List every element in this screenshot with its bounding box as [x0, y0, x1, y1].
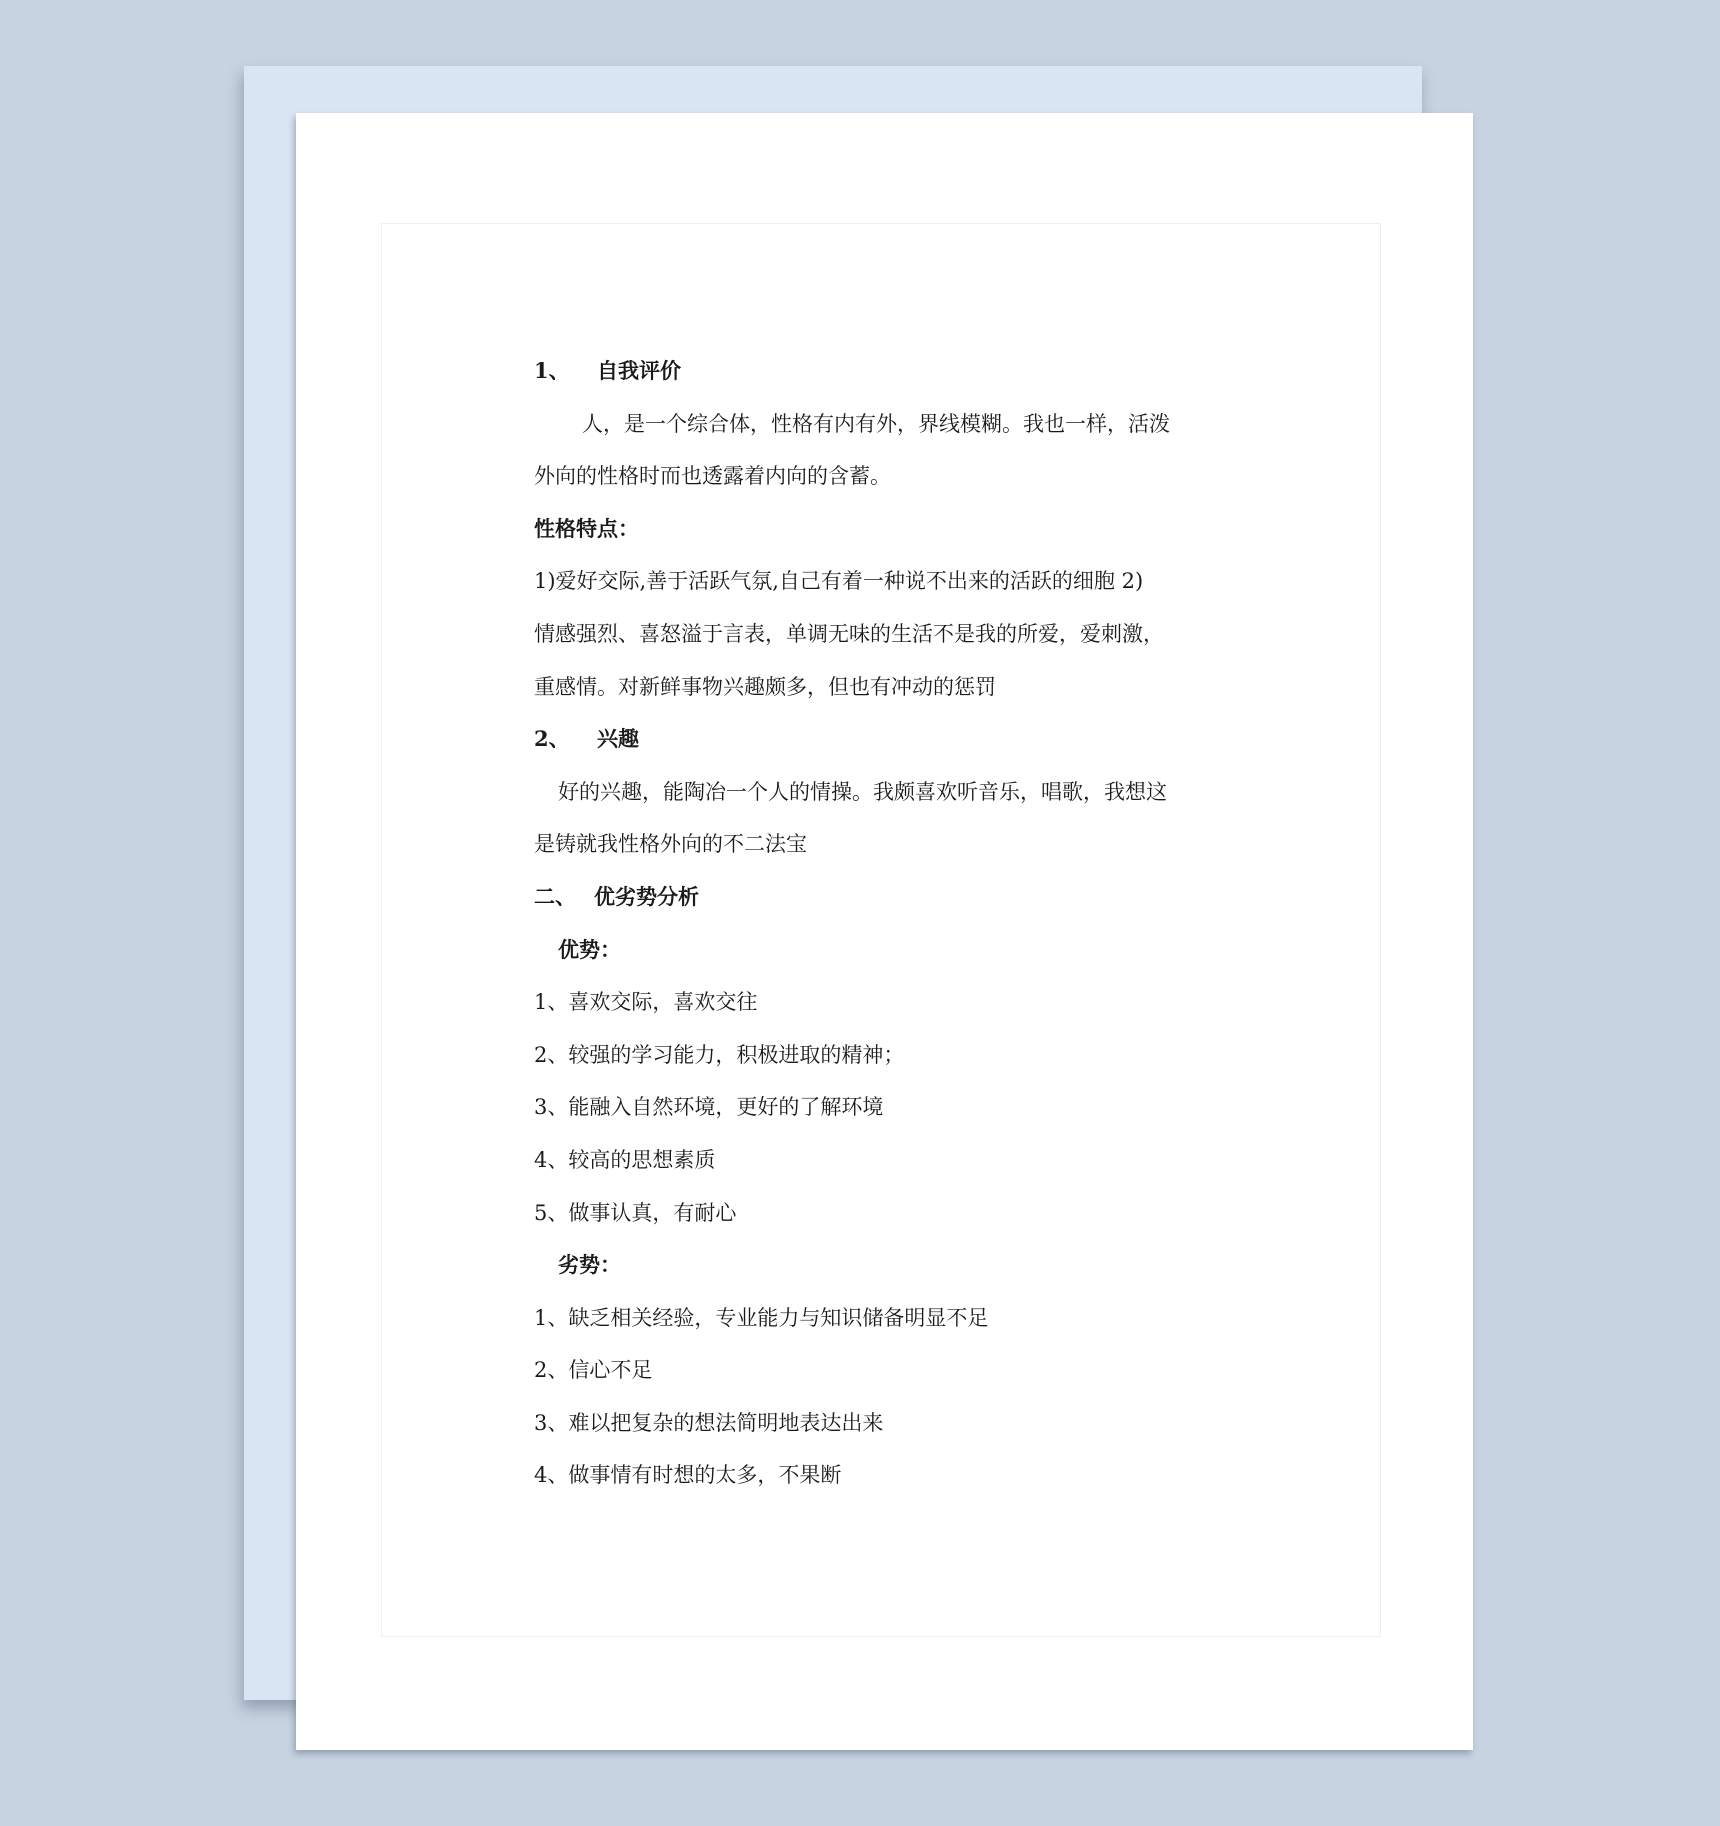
list-item: 4、较高的思想素质: [534, 1134, 1234, 1187]
section-heading-self-evaluation: 1、自我评价: [534, 345, 1234, 398]
list-item: 2、较强的学习能力，积极进取的精神；: [534, 1029, 1234, 1082]
paragraph-line: 人，是一个综合体，性格有内有外，界线模糊。我也一样，活泼: [534, 398, 1234, 451]
heading-number: 二、: [534, 871, 594, 924]
heading-number: 2、: [534, 713, 597, 766]
paragraph-line: 重感情。对新鲜事物兴趣颇多，但也有冲动的惩罚: [534, 661, 1234, 714]
list-item: 1、缺乏相关经验，专业能力与知识储备明显不足: [534, 1292, 1234, 1345]
list-item: 3、难以把复杂的想法简明地表达出来: [534, 1397, 1234, 1450]
section-heading-analysis: 二、优劣势分析: [534, 871, 1234, 924]
paragraph-line: 好的兴趣，能陶冶一个人的情操。我颇喜欢听音乐，唱歌，我想这: [534, 766, 1234, 819]
heading-number: 1、: [534, 345, 597, 398]
document-page: 1、自我评价 人，是一个综合体，性格有内有外，界线模糊。我也一样，活泼 外向的性…: [296, 113, 1473, 1750]
paragraph-line: 情感强烈、喜怒溢于言表，单调无味的生活不是我的所爱，爱刺激，: [534, 608, 1234, 661]
strengths-label: 优势：: [534, 924, 1234, 977]
document-body: 1、自我评价 人，是一个综合体，性格有内有外，界线模糊。我也一样，活泼 外向的性…: [534, 345, 1234, 1502]
heading-title: 兴趣: [597, 726, 639, 751]
list-item: 4、做事情有时想的太多，不果断: [534, 1449, 1234, 1502]
paragraph-line: 外向的性格时而也透露着内向的含蓄。: [534, 450, 1234, 503]
heading-title: 优劣势分析: [594, 884, 699, 909]
list-item: 3、能融入自然环境，更好的了解环境: [534, 1081, 1234, 1134]
section-heading-interests: 2、兴趣: [534, 713, 1234, 766]
list-item: 5、做事认真，有耐心: [534, 1187, 1234, 1240]
traits-label: 性格特点：: [534, 503, 1234, 556]
paragraph-line: 是铸就我性格外向的不二法宝: [534, 818, 1234, 871]
list-item: 2、信心不足: [534, 1344, 1234, 1397]
heading-title: 自我评价: [597, 358, 681, 383]
list-item: 1、喜欢交际，喜欢交往: [534, 976, 1234, 1029]
weaknesses-label: 劣势：: [534, 1239, 1234, 1292]
paragraph-line: 1)爱好交际,善于活跃气氛,自己有着一种说不出来的活跃的细胞 2): [534, 555, 1234, 608]
